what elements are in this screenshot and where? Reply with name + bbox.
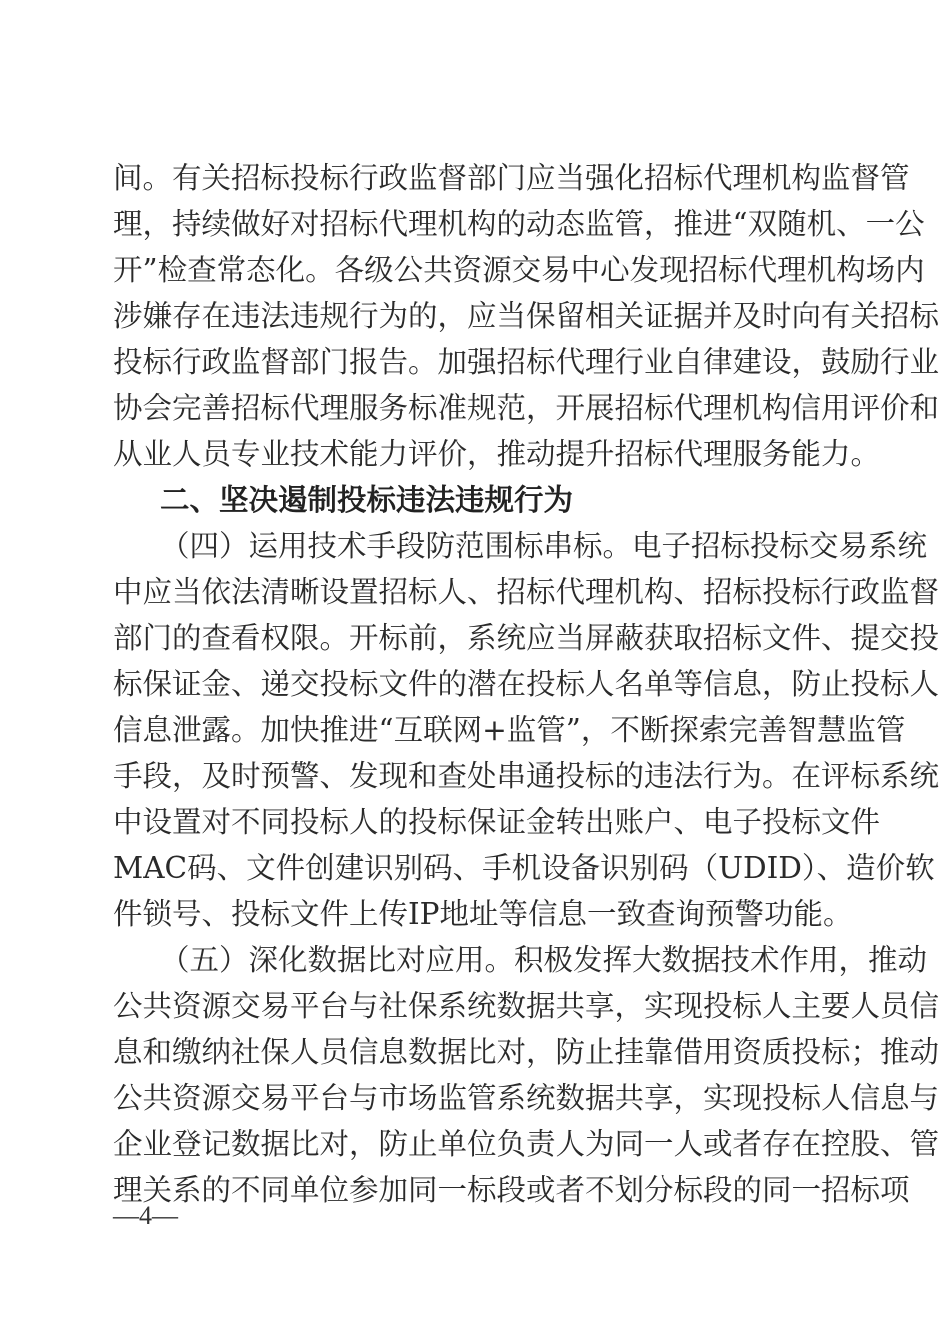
body-text-line: 件锁号、投标文件上传IP地址等信息一致查询预警功能。 <box>113 891 825 937</box>
paragraph-start-line: （四）运用技术手段防范围标串标。电子招标投标交易系统 <box>160 523 825 569</box>
body-text-line: 公共资源交易平台与市场监管系统数据共享，实现投标人信息与 <box>113 1075 825 1121</box>
body-text-line: 协会完善招标代理服务标准规范，开展招标代理机构信用评价和 <box>113 385 825 431</box>
paragraph-start-line: （五）深化数据比对应用。积极发挥大数据技术作用，推动 <box>160 937 825 983</box>
body-text-line: 理，持续做好对招标代理机构的动态监管，推进“双随机、一公 <box>113 201 825 247</box>
body-text-line: 开”检查常态化。各级公共资源交易中心发现招标代理机构场内 <box>113 247 825 293</box>
body-text-line: 从业人员专业技术能力评价，推动提升招标代理服务能力。 <box>113 431 825 477</box>
body-text-line: 投标行政监督部门报告。加强招标代理行业自律建设，鼓励行业 <box>113 339 825 385</box>
body-text-line: 企业登记数据比对，防止单位负责人为同一人或者存在控股、管 <box>113 1121 825 1167</box>
section-heading: 二、坚决遏制投标违法违规行为 <box>160 477 825 523</box>
body-text-line: MAC码、文件创建识别码、手机设备识别码（UDID）、造价软 <box>113 845 825 891</box>
body-text-line: 息和缴纳社保人员信息数据比对，防止挂靠借用资质投标；推动 <box>113 1029 825 1075</box>
body-text-line: 手段，及时预警、发现和查处串通投标的违法行为。在评标系统 <box>113 753 825 799</box>
body-text-line: 部门的查看权限。开标前，系统应当屏蔽获取招标文件、提交投 <box>113 615 825 661</box>
page-number: —4— <box>113 1198 178 1234</box>
body-text-line: 中设置对不同投标人的投标保证金转出账户、电子投标文件 <box>113 799 825 845</box>
body-text-line: 中应当依法清晰设置招标人、招标代理机构、招标投标行政监督 <box>113 569 825 615</box>
body-text-line: 信息泄露。加快推进“互联网+监管”，不断探索完善智慧监管 <box>113 707 825 753</box>
document-page: 间。有关招标投标行政监督部门应当强化招标代理机构监督管 理，持续做好对招标代理机… <box>0 0 950 1343</box>
body-text-line: 间。有关招标投标行政监督部门应当强化招标代理机构监督管 <box>113 155 825 201</box>
body-text-line: 理关系的不同单位参加同一标段或者不划分标段的同一招标项 <box>113 1167 825 1213</box>
body-text-line: 涉嫌存在违法违规行为的，应当保留相关证据并及时向有关招标 <box>113 293 825 339</box>
body-text-line: 公共资源交易平台与社保系统数据共享，实现投标人主要人员信 <box>113 983 825 1029</box>
body-text-line: 标保证金、递交投标文件的潜在投标人名单等信息，防止投标人 <box>113 661 825 707</box>
